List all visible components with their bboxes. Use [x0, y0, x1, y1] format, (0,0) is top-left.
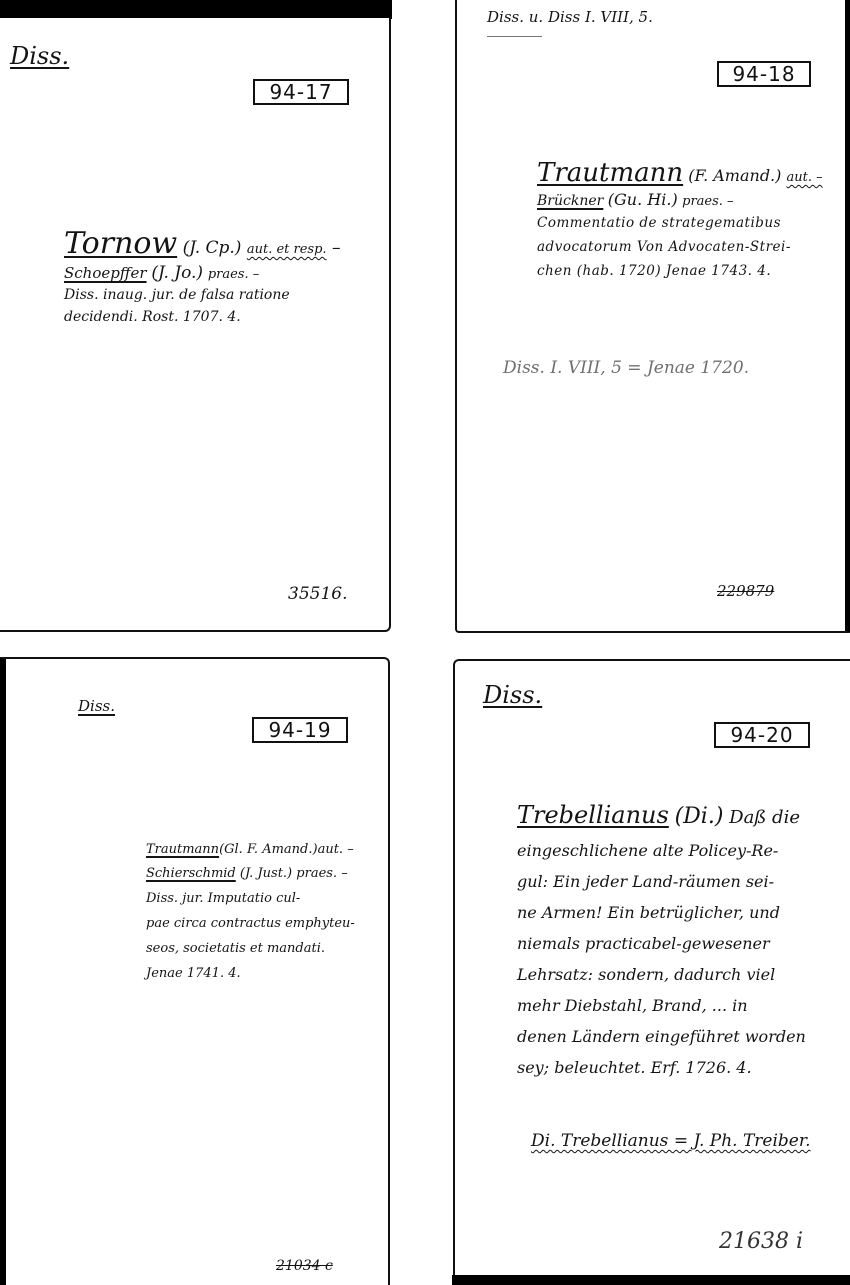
accession-number: 229879 — [717, 584, 774, 599]
card-entry: Trautmann (F. Amand.) aut. – Brückner (G… — [537, 158, 823, 279]
entry-line: decidendi. Rost. 1707. 4. — [64, 309, 340, 325]
accession-number: 35516. — [288, 586, 347, 603]
entry-line: sey; beleuchtet. Erf. 1726. 4. — [517, 1058, 806, 1077]
author-name: Tornow — [64, 226, 177, 261]
call-number-box: 94-18 — [717, 61, 811, 87]
entry-line: gul: Ein jeder Land-räumen sei- — [517, 872, 806, 891]
author-role: aut. et resp. — [247, 242, 327, 257]
catalog-card-94-19: Diss. 94-19 Trautmann(Gl. F. Amand.)aut.… — [0, 657, 390, 1285]
entry-line: advocatorum Von Advocaten-Strei- — [537, 239, 823, 255]
accession-number: 21034 c — [276, 1259, 333, 1273]
call-number-box: 94-20 — [714, 722, 810, 748]
author-name: Trautmann — [146, 842, 219, 857]
category-label: Diss. — [10, 44, 69, 68]
category-underline — [487, 36, 542, 37]
entry-line: pae circa contractus emphyteu- — [146, 916, 355, 931]
praeses-initials: (Gu. Hi.) — [608, 190, 678, 209]
author-role: aut. – — [786, 170, 822, 185]
call-number-box: 94-17 — [253, 79, 349, 105]
scan-border-bottom-right — [452, 1275, 850, 1285]
catalog-card-94-20: Diss. 94-20 Trebellianus (Di.) Daß die e… — [453, 659, 850, 1285]
entry-line: Diss. inaug. jur. de falsa ratione — [64, 287, 340, 303]
accession-number: 21638 i — [719, 1231, 803, 1253]
card-entry: Trebellianus (Di.) Daß die eingeschliche… — [517, 801, 806, 1077]
praeses-role: praes. – — [296, 866, 347, 881]
entry-line: eingeschlichene alte Policey-Re- — [517, 841, 806, 860]
entry-line: niemals practicabel-gewesener — [517, 934, 806, 953]
entry-line: ne Armen! Ein betrüglicher, und — [517, 903, 806, 922]
catalog-card-94-18: Diss. u. Diss I. VIII, 5. 94-18 Trautman… — [455, 0, 850, 633]
scan-border-top-left — [0, 0, 392, 19]
pseudonym-note: Di. Trebellianus = J. Ph. Treiber. — [531, 1133, 811, 1150]
entry-line: mehr Diebstahl, Brand, ... in — [517, 996, 806, 1015]
card-entry: Trautmann(Gl. F. Amand.)aut. – Schiersch… — [146, 842, 355, 981]
entry-line: Lehrsatz: sondern, dadurch viel — [517, 965, 806, 984]
pencil-note: Diss. I. VIII, 5 = Jenae 1720. — [503, 360, 749, 377]
author-name: Trebellianus — [517, 801, 669, 829]
author-initials: (J. Cp.) — [183, 238, 242, 258]
entry-line: chen (hab. 1720) Jenae 1743. 4. — [537, 263, 823, 279]
author-initials: (Gl. F. Amand.) — [219, 842, 318, 857]
praeses-name: Schierschmid — [146, 866, 236, 881]
entry-line: Jenae 1741. 4. — [146, 966, 355, 981]
category-label: Diss. u. Diss I. VIII, 5. — [487, 10, 653, 25]
entry-line: denen Ländern eingeführet worden — [517, 1027, 806, 1046]
praeses-role: praes. – — [208, 267, 259, 282]
praeses-name: Schoepffer — [64, 264, 147, 282]
entry-line: seos, societatis et mandati. — [146, 941, 355, 956]
praeses-initials: (J. Jo.) — [151, 263, 203, 283]
call-number-box: 94-19 — [252, 717, 348, 743]
praeses-initials: (J. Just.) — [240, 866, 292, 881]
praeses-name: Brückner — [537, 193, 603, 209]
category-label: Diss. — [483, 683, 542, 707]
praeses-role: praes. – — [682, 194, 733, 209]
author-initials: (F. Amand.) — [688, 166, 781, 185]
catalog-card-94-17: Diss. 94-17 Tornow (J. Cp.) aut. et resp… — [0, 18, 391, 632]
author-name: Trautmann — [537, 158, 683, 188]
author-initials: (Di.) — [675, 804, 724, 829]
category-label: Diss. — [78, 699, 115, 714]
card-entry: Tornow (J. Cp.) aut. et resp. – Schoepff… — [64, 226, 340, 325]
entry-line: Commentatio de strategematibus — [537, 215, 823, 231]
entry-line: Diss. jur. Imputatio cul- — [146, 891, 355, 906]
author-role: aut. – — [318, 842, 354, 857]
title-start: Daß die — [729, 807, 800, 828]
